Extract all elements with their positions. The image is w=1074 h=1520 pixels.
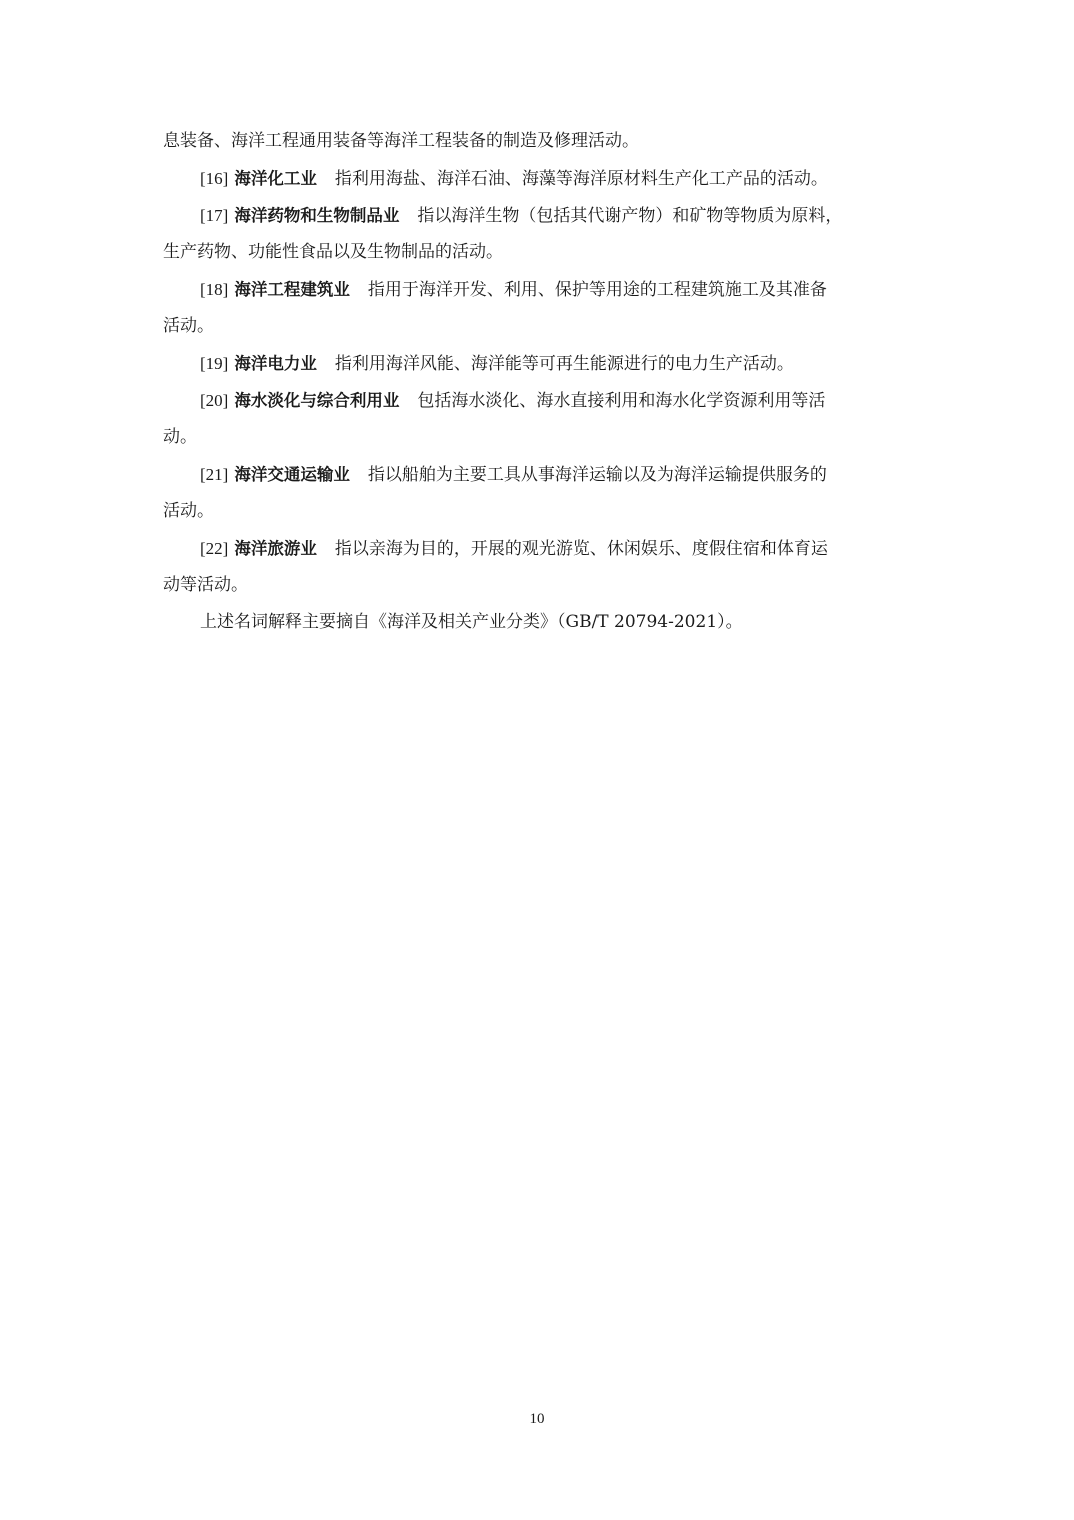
entry-term: 海洋工程建筑业 [234, 280, 350, 299]
entry-term: 海洋药物和生物制品业 [234, 206, 399, 225]
entry-number: [20] [200, 391, 228, 410]
entry-number: [19] [200, 354, 228, 373]
entry-17: [17]海洋药物和生物制品业指以海洋生物（包括其代谢产物）和矿物等物质为原料， [200, 205, 842, 227]
entry-number: [22] [200, 539, 228, 558]
entry-definition: 指以船舶为主要工具从事海洋运输以及为海洋运输提供服务的 [368, 465, 827, 485]
entry-21: [21]海洋交通运输业指以船舶为主要工具从事海洋运输以及为海洋运输提供服务的 [200, 464, 827, 486]
entry-definition: 指以亲海为目的，开展的观光游览、休闲娱乐、度假住宿和体育运 [335, 539, 828, 559]
entry-term: 海水淡化与综合利用业 [234, 391, 399, 410]
entry-definition: 指以海洋生物（包括其代谢产物）和矿物等物质为原料， [417, 206, 842, 226]
continuation-text: 息装备、海洋工程通用装备等海洋工程装备的制造及修理活动。 [163, 130, 639, 152]
entry-18-continued: 活动。 [163, 315, 214, 337]
entry-number: [16] [200, 169, 228, 188]
entry-term: 海洋化工业 [234, 169, 317, 188]
entry-17-continued: 生产药物、功能性食品以及生物制品的活动。 [163, 241, 503, 263]
entry-term: 海洋电力业 [234, 354, 317, 373]
entry-definition: 指利用海盐、海洋石油、海藻等海洋原材料生产化工产品的活动。 [335, 169, 828, 189]
entry-20: [20]海水淡化与综合利用业包括海水淡化、海水直接利用和海水化学资源利用等活 [200, 390, 825, 412]
entry-definition: 包括海水淡化、海水直接利用和海水化学资源利用等活 [417, 391, 825, 411]
entry-number: [17] [200, 206, 228, 225]
entry-21-continued: 活动。 [163, 500, 214, 522]
entry-16: [16]海洋化工业指利用海盐、海洋石油、海藻等海洋原材料生产化工产品的活动。 [200, 168, 828, 190]
entry-number: [18] [200, 280, 228, 299]
entry-term: 海洋交通运输业 [234, 465, 350, 484]
entry-20-continued: 动。 [163, 426, 197, 448]
entry-term: 海洋旅游业 [234, 539, 317, 558]
entry-22: [22]海洋旅游业指以亲海为目的，开展的观光游览、休闲娱乐、度假住宿和体育运 [200, 538, 828, 560]
entry-18: [18]海洋工程建筑业指用于海洋开发、利用、保护等用途的工程建筑施工及其准备 [200, 279, 827, 301]
entry-definition: 指用于海洋开发、利用、保护等用途的工程建筑施工及其准备 [368, 280, 827, 300]
page-number: 10 [0, 1411, 1074, 1428]
entry-number: [21] [200, 465, 228, 484]
entry-19: [19]海洋电力业指利用海洋风能、海洋能等可再生能源进行的电力生产活动。 [200, 353, 794, 375]
entry-22-continued: 动等活动。 [163, 574, 248, 596]
entry-definition: 指利用海洋风能、海洋能等可再生能源进行的电力生产活动。 [335, 354, 794, 374]
source-note: 上述名词解释主要摘自《海洋及相关产业分类》（GB/T 20794-2021）。 [200, 611, 743, 633]
